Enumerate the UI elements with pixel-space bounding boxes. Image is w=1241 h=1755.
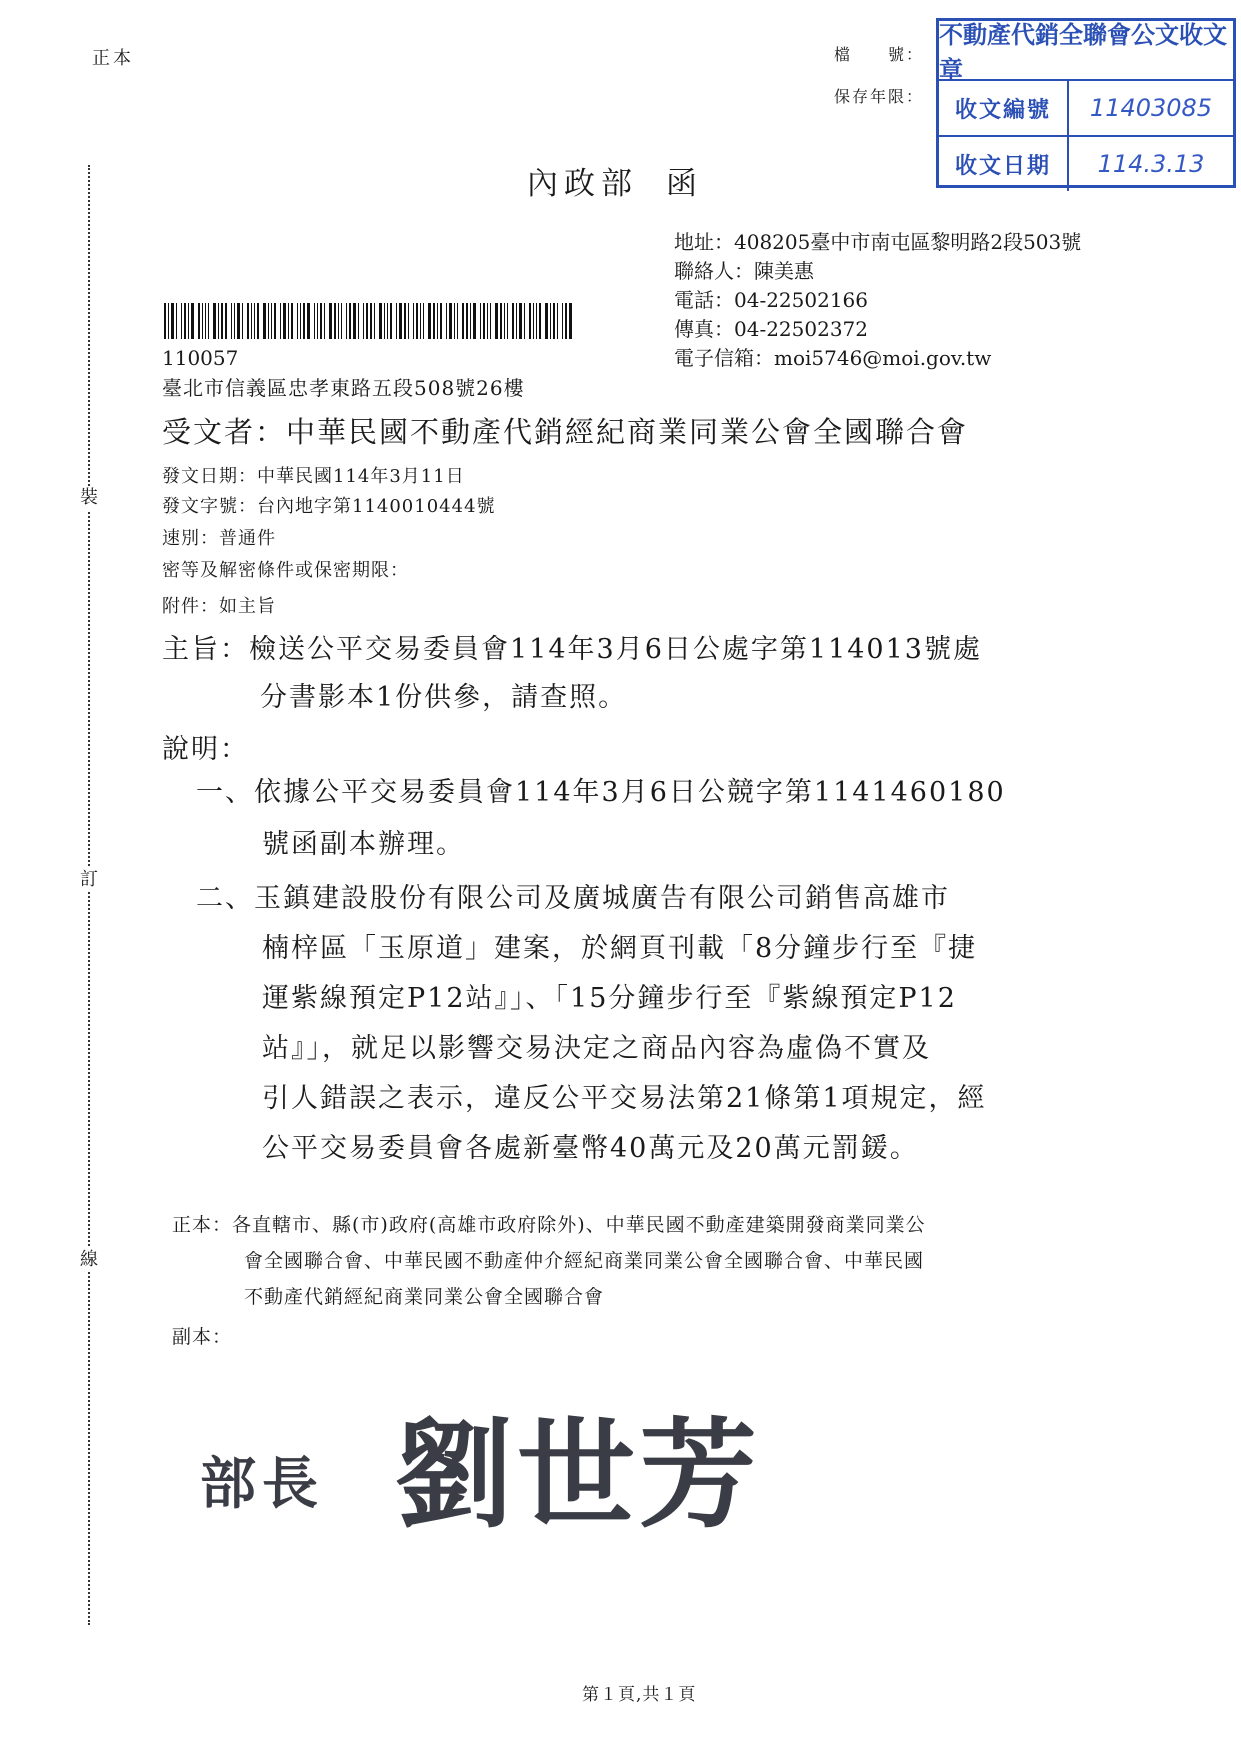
barcode-bar (314, 303, 315, 339)
barcode-bar (519, 303, 522, 339)
security-classification: 密等及解密條件或保密期限： (162, 556, 409, 582)
original-recipients-line-3: 不動產代銷經紀商業同業公會全國聯合會 (244, 1282, 604, 1309)
file-number-label: 檔 號： (834, 42, 924, 65)
barcode-bar (550, 303, 551, 339)
barcode-bar (181, 303, 182, 339)
barcode-bar (363, 303, 364, 339)
barcode-bar (446, 303, 447, 339)
receipt-stamp: 不動產代銷全聯會公文收文章 收文編號 11403085 收文日期 114.3.1… (936, 18, 1236, 188)
barcode-bar (307, 303, 310, 339)
explanation-item-2-line-1: 二、玉鎮建設股份有限公司及廣城廣告有限公司銷售高雄市 (196, 876, 950, 915)
barcode-bar (565, 303, 567, 339)
barcode-bar (257, 303, 259, 339)
barcode-bar (384, 303, 385, 339)
stamp-row-receipt-number: 收文編號 11403085 (939, 81, 1233, 137)
barcode-bar (374, 303, 375, 339)
barcode-bar (408, 303, 409, 339)
stamp-value: 114.3.13 (1069, 137, 1233, 191)
retention-period-label: 保存年限： (834, 84, 924, 107)
barcode-bar (454, 303, 455, 339)
barcode-bar (516, 303, 517, 339)
copy-type-label: 正本 (92, 44, 134, 70)
barcode-bar (213, 303, 216, 339)
barcode-bar (539, 303, 541, 339)
binding-label-xian: 線 (80, 1248, 98, 1272)
barcode-bar (329, 303, 332, 339)
barcode-bar (487, 303, 488, 339)
barcode-bar (423, 303, 424, 339)
barcode-bar (303, 303, 305, 339)
stamp-value: 11403085 (1069, 81, 1233, 135)
barcode-bar (413, 303, 414, 339)
explanation-item-1-line-1: 一、依據公平交易委員會114年3月6日公競字第1141460180 (196, 770, 1006, 809)
agency-name: 內政部 (527, 166, 638, 202)
barcode-bar (433, 303, 435, 339)
binding-label-zhuang: 裝 (80, 486, 98, 510)
sender-address: 地址：408205臺中市南屯區黎明路2段503號 (674, 228, 1134, 257)
barcode-bar (168, 303, 169, 339)
barcode-bar (263, 303, 266, 339)
barcode-bar (416, 303, 418, 339)
barcode-bar (171, 303, 174, 339)
barcode-bar (242, 303, 243, 339)
barcode-bar (507, 303, 508, 339)
barcode-bar (297, 303, 298, 339)
barcode-bar (358, 303, 359, 339)
issue-date: 發文日期：中華民國114年3月11日 (162, 462, 465, 488)
barcode-bar (237, 303, 240, 339)
barcode-bar (221, 303, 223, 339)
barcode-bar (420, 303, 421, 339)
barcode (164, 303, 574, 339)
explanation-item-2-line-4: 站』」，就足以影響交易決定之商品內容為虛偽不實及 (262, 1026, 931, 1065)
document-type: 函 (666, 166, 703, 202)
barcode-bar (529, 303, 531, 339)
barcode-bar (390, 303, 392, 339)
barcode-bar (280, 303, 281, 339)
explanation-item-2-line-5: 引人錯誤之表示，違反公平交易法第21條第1項規定，經 (262, 1076, 987, 1115)
explanation-heading: 說明： (162, 726, 249, 774)
barcode-bar (176, 303, 177, 339)
barcode-bar (274, 303, 276, 339)
barcode-bar (495, 303, 498, 339)
barcode-bar (208, 303, 209, 339)
explanation-item-1-line-2: 號函副本辦理。 (262, 822, 465, 861)
barcode-bar (324, 303, 325, 339)
barcode-bar (379, 303, 382, 339)
attachment: 附件：如主旨 (162, 592, 276, 618)
barcode-bar (500, 303, 502, 339)
barcode-bar (191, 303, 194, 339)
barcode-bar (524, 303, 525, 339)
sender-contact: 聯絡人：陳美惠 (674, 257, 1134, 286)
barcode-bar (231, 303, 232, 339)
signature-name: 劉世芳 (395, 1380, 761, 1550)
delivery-speed: 速別：普通件 (162, 524, 276, 550)
stamp-key: 收文編號 (939, 81, 1069, 135)
explanation-item-2-line-3: 運紫線預定P12站』」、「15分鐘步行至『紫線預定P12 (262, 976, 957, 1015)
stamp-row-receipt-date: 收文日期 114.3.13 (939, 137, 1233, 191)
barcode-bar (470, 303, 471, 339)
barcode-bar (457, 303, 458, 339)
sender-info: 地址：408205臺中市南屯區黎明路2段503號 聯絡人：陳美惠 電話：04-2… (674, 228, 1134, 373)
barcode-bar (483, 303, 485, 339)
barcode-bar (536, 303, 537, 339)
stamp-title: 不動產代銷全聯會公文收文章 (939, 21, 1233, 81)
barcode-bar (188, 303, 189, 339)
original-recipients-line-2: 會全國聯合會、中華民國不動產仲介經紀商業同業公會全國聯合會、中華民國 (244, 1246, 924, 1273)
barcode-bar (437, 303, 438, 339)
barcode-bar (490, 303, 491, 339)
barcode-bar (396, 303, 397, 339)
barcode-bar (462, 303, 464, 339)
barcode-bar (449, 303, 452, 339)
sender-fax: 傳真：04-22502372 (674, 315, 1134, 344)
document-title: 內政部函 (527, 158, 703, 203)
barcode-bar (288, 303, 289, 339)
barcode-bar (480, 303, 481, 339)
barcode-bar (225, 303, 227, 339)
barcode-bar (251, 303, 252, 339)
barcode-bar (562, 303, 563, 339)
explanation-item-2-line-6: 公平交易委員會各處新臺幣40萬元及20萬元罰鍰。 (262, 1126, 919, 1165)
barcode-bar (254, 303, 255, 339)
barcode-bar (366, 303, 368, 339)
barcode-bar (317, 303, 318, 339)
barcode-bar (557, 303, 558, 339)
recipient: 受文者：中華民國不動產代銷經紀商業同業公會全國聯合會 (162, 410, 968, 451)
barcode-bar (504, 303, 505, 339)
barcode-bar (164, 303, 166, 339)
barcode-bar (473, 303, 476, 339)
signature-title: 部長 (200, 1440, 324, 1520)
barcode-bar (271, 303, 272, 339)
barcode-bar (349, 303, 351, 339)
barcode-bar (428, 303, 431, 339)
barcode-bar (341, 303, 342, 339)
document-number: 發文字號：台內地字第1140010444號 (162, 492, 496, 518)
stamp-key: 收文日期 (939, 137, 1069, 191)
binding-line (88, 165, 90, 1625)
sender-phone: 電話：04-22502166 (674, 286, 1134, 315)
barcode-bar (218, 303, 219, 339)
barcode-bar (569, 303, 572, 339)
sender-email: 電子信箱：moi5746@moi.gov.tw (674, 344, 1134, 373)
barcode-bar (512, 303, 514, 339)
barcode-bar (198, 303, 200, 339)
barcode-bar (247, 303, 249, 339)
postal-code: 110057 (162, 346, 238, 370)
barcode-bar (202, 303, 203, 339)
barcode-bar (205, 303, 206, 339)
original-recipients-line-1: 正本：各直轄市、縣(市)政府(高雄市政府除外)、中華民國不動產建築開發商業同業公 (172, 1210, 926, 1237)
barcode-bar (387, 303, 388, 339)
barcode-bar (466, 303, 468, 339)
explanation-item-2-line-2: 楠梓區「玉原道」建案，於網頁刊載「8分鐘步行至『捷 (262, 926, 977, 965)
barcode-bar (553, 303, 555, 339)
page-number: 第１頁,共１頁 (582, 1680, 696, 1705)
barcode-bar (370, 303, 372, 339)
barcode-bar (184, 303, 186, 339)
barcode-bar (399, 303, 402, 339)
barcode-bar (268, 303, 269, 339)
barcode-bar (300, 303, 301, 339)
barcode-bar (533, 303, 534, 339)
subject-line-2: 分書影本1份供參，請查照。 (260, 674, 627, 722)
barcode-bar (320, 303, 322, 339)
barcode-bar (334, 303, 336, 339)
barcode-bar (440, 303, 442, 339)
barcode-bar (283, 303, 286, 339)
binding-label-ding: 訂 (80, 868, 98, 892)
barcode-bar (353, 303, 356, 339)
barcode-bar (338, 303, 339, 339)
copy-recipients-label: 副本： (172, 1322, 232, 1349)
receiver-address: 臺北市信義區忠孝東路五段508號26樓 (162, 372, 525, 401)
barcode-bar (545, 303, 548, 339)
barcode-bar (234, 303, 235, 339)
subject-line-1: 主旨：檢送公平交易委員會114年3月6日公處字第114013號處 (162, 626, 982, 674)
barcode-bar (346, 303, 347, 339)
barcode-bar (291, 303, 293, 339)
barcode-bar (404, 303, 406, 339)
